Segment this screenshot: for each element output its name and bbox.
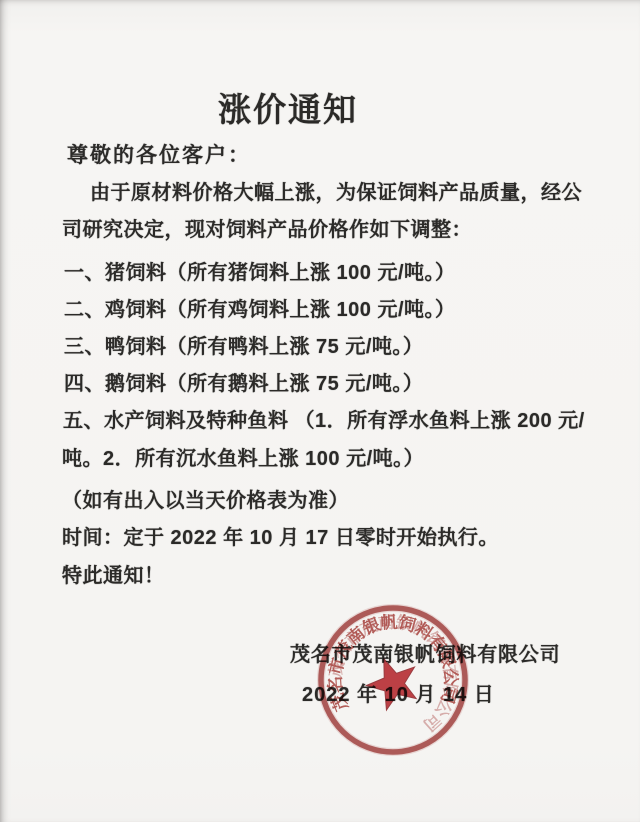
intro-line-1: 由于原材料价格大幅上涨，为保证饲料产品质量，经公 bbox=[90, 176, 582, 205]
company-seal: 茂名市茂南银帆饲料有限公司 茂名市茂南银帆饲料有限公司 bbox=[303, 590, 483, 770]
notice-title: 涨价通知 bbox=[0, 84, 640, 131]
closing-line: 特此通知！ bbox=[62, 559, 165, 588]
price-item-duck: 三、鸭饲料（所有鸭料上涨 75 元/吨。） bbox=[64, 330, 423, 359]
price-item-aqua-line1: 五、水产饲料及特种鱼料 （1．所有浮水鱼料上涨 200 元/ bbox=[63, 404, 585, 433]
price-item-aqua-line2: 吨。2．所有沉水鱼料上涨 100 元/吨。） bbox=[62, 442, 424, 471]
price-item-pig: 一、猪饲料（所有猪饲料上涨 100 元/吨。） bbox=[64, 256, 456, 285]
effective-date-line: 时间：定于 2022 年 10 月 17 日零时开始执行。 bbox=[62, 521, 499, 550]
salutation-line: 尊敬的各位客户： bbox=[67, 139, 251, 169]
price-item-goose: 四、鹅饲料（所有鹅料上涨 75 元/吨。） bbox=[64, 367, 423, 396]
price-item-chicken: 二、鸡饲料（所有鸡饲料上涨 100 元/吨。） bbox=[64, 293, 456, 322]
disclaimer-line: （如有出入以当天价格表为准） bbox=[62, 484, 349, 513]
notice-page: 涨价通知 尊敬的各位客户： 由于原材料价格大幅上涨，为保证饲料产品质量，经公 司… bbox=[0, 0, 640, 822]
seal-star-icon bbox=[360, 650, 425, 714]
intro-line-2: 司研究决定，现对饲料产品价格作如下调整： bbox=[62, 213, 472, 242]
